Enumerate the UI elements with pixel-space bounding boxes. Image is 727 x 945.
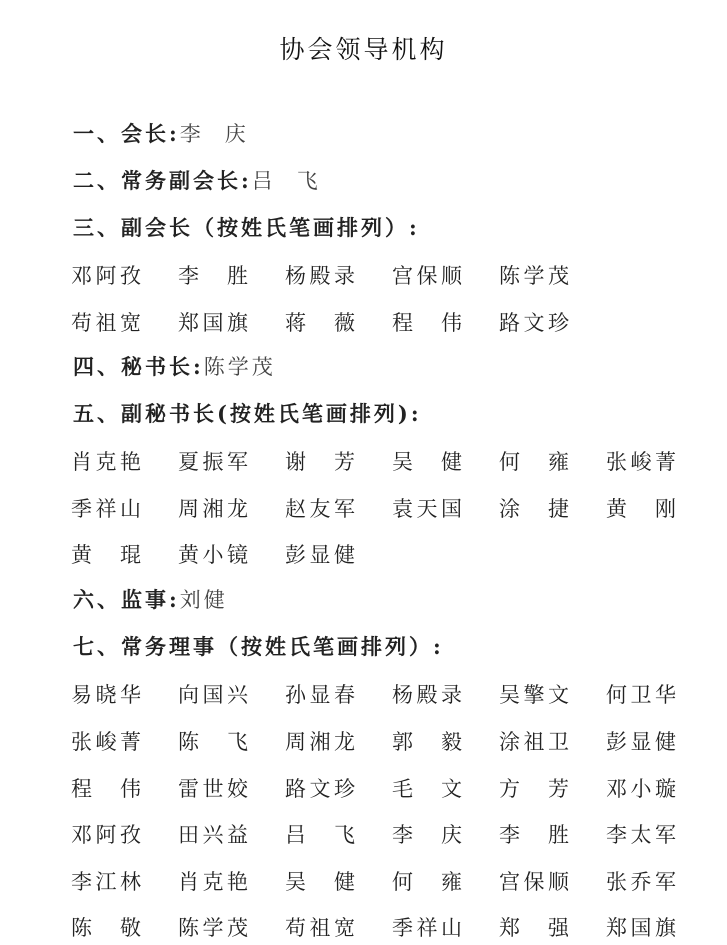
- person-name: 吴健: [392, 447, 462, 477]
- person-name: 彭显健: [606, 727, 676, 757]
- supervisor-name: 刘健: [180, 588, 228, 612]
- section-secretary-general: 四、秘书长:陈学茂: [73, 352, 276, 382]
- person-name: 方芳: [499, 774, 569, 804]
- section-label: 一、会长:: [73, 121, 180, 146]
- person-name: 杨殿录: [285, 261, 355, 291]
- person-name: 涂祖卫: [499, 727, 569, 757]
- person-name: 黄刚: [606, 494, 676, 524]
- section-vice-presidents: 三、副会长（按姓氏笔画排列）:: [73, 213, 420, 243]
- person-name: 季祥山: [392, 913, 462, 943]
- person-name: 袁天国: [392, 494, 462, 524]
- person-name: 赵友军: [285, 494, 355, 524]
- person-name: 杨殿录: [392, 680, 462, 710]
- person-name: 郑强: [499, 913, 569, 943]
- person-name: 张峻菁: [606, 447, 676, 477]
- section-standing-directors: 七、常务理事（按姓氏笔画排列）:: [73, 632, 444, 662]
- person-name: 陈学茂: [499, 261, 569, 291]
- person-name: 何卫华: [606, 680, 676, 710]
- person-name: 张乔军: [606, 867, 676, 897]
- person-name: 陈飞: [178, 727, 248, 757]
- person-name: 吴擎文: [499, 680, 569, 710]
- person-name: 宫保顺: [392, 261, 462, 291]
- person-name: 郑国旗: [606, 913, 676, 943]
- person-name: 向国兴: [178, 680, 248, 710]
- person-name: 李胜: [178, 261, 248, 291]
- person-name: 李胜: [499, 820, 569, 850]
- person-name: 易晓华: [71, 680, 141, 710]
- section-deputy-secretaries: 五、副秘书长(按姓氏笔画排列):: [73, 399, 422, 429]
- person-name: 李太军: [606, 820, 676, 850]
- person-name: 程伟: [71, 774, 141, 804]
- person-name: 张峻菁: [71, 727, 141, 757]
- person-name: 田兴益: [178, 820, 248, 850]
- person-name: 邓小璇: [606, 774, 676, 804]
- person-name: 路文珍: [499, 308, 569, 338]
- person-name: 李庆: [392, 820, 462, 850]
- person-name: 程伟: [392, 308, 462, 338]
- person-name: 邓阿孜: [71, 261, 141, 291]
- person-name: 雷世姣: [178, 774, 248, 804]
- section-president: 一、会长:李庆: [73, 119, 270, 149]
- person-name: 邓阿孜: [71, 820, 141, 850]
- person-name: 吴健: [285, 867, 355, 897]
- person-name: 何雍: [499, 447, 569, 477]
- person-name: 肖克艳: [71, 447, 141, 477]
- person-name: 周湘龙: [285, 727, 355, 757]
- person-name: 吕飞: [285, 820, 355, 850]
- secretary-general-name: 陈学茂: [204, 355, 276, 379]
- person-name: 郑国旗: [178, 308, 248, 338]
- person-name: 陈学茂: [178, 913, 248, 943]
- person-name: 黄小镜: [178, 540, 248, 570]
- person-name: 何雍: [392, 867, 462, 897]
- person-name: 周湘龙: [178, 494, 248, 524]
- person-name: 季祥山: [71, 494, 141, 524]
- section-label: 四、秘书长:: [73, 354, 204, 379]
- document-title: 协会领导机构: [0, 30, 727, 66]
- person-name: 彭显健: [285, 540, 355, 570]
- section-supervisor: 六、监事:刘健: [73, 585, 228, 615]
- person-name: 宫保顺: [499, 867, 569, 897]
- person-name: 郭毅: [392, 727, 462, 757]
- person-name: 苟祖宽: [71, 308, 141, 338]
- person-name: 毛文: [392, 774, 462, 804]
- section-label: 二、常务副会长:: [73, 168, 252, 193]
- person-name: 黄琨: [71, 540, 141, 570]
- president-name: 李庆: [180, 122, 270, 146]
- person-name: 路文珍: [285, 774, 355, 804]
- person-name: 陈敬: [71, 913, 141, 943]
- section-label: 六、监事:: [73, 587, 180, 612]
- section-executive-vice-president: 二、常务副会长:吕飞: [73, 166, 342, 196]
- person-name: 苟祖宽: [285, 913, 355, 943]
- executive-vice-president-name: 吕飞: [252, 169, 342, 193]
- person-name: 蒋薇: [285, 308, 355, 338]
- person-name: 孙显春: [285, 680, 355, 710]
- person-name: 李江林: [71, 867, 141, 897]
- person-name: 涂捷: [499, 494, 569, 524]
- person-name: 夏振军: [178, 447, 248, 477]
- person-name: 谢芳: [285, 447, 355, 477]
- person-name: 肖克艳: [178, 867, 248, 897]
